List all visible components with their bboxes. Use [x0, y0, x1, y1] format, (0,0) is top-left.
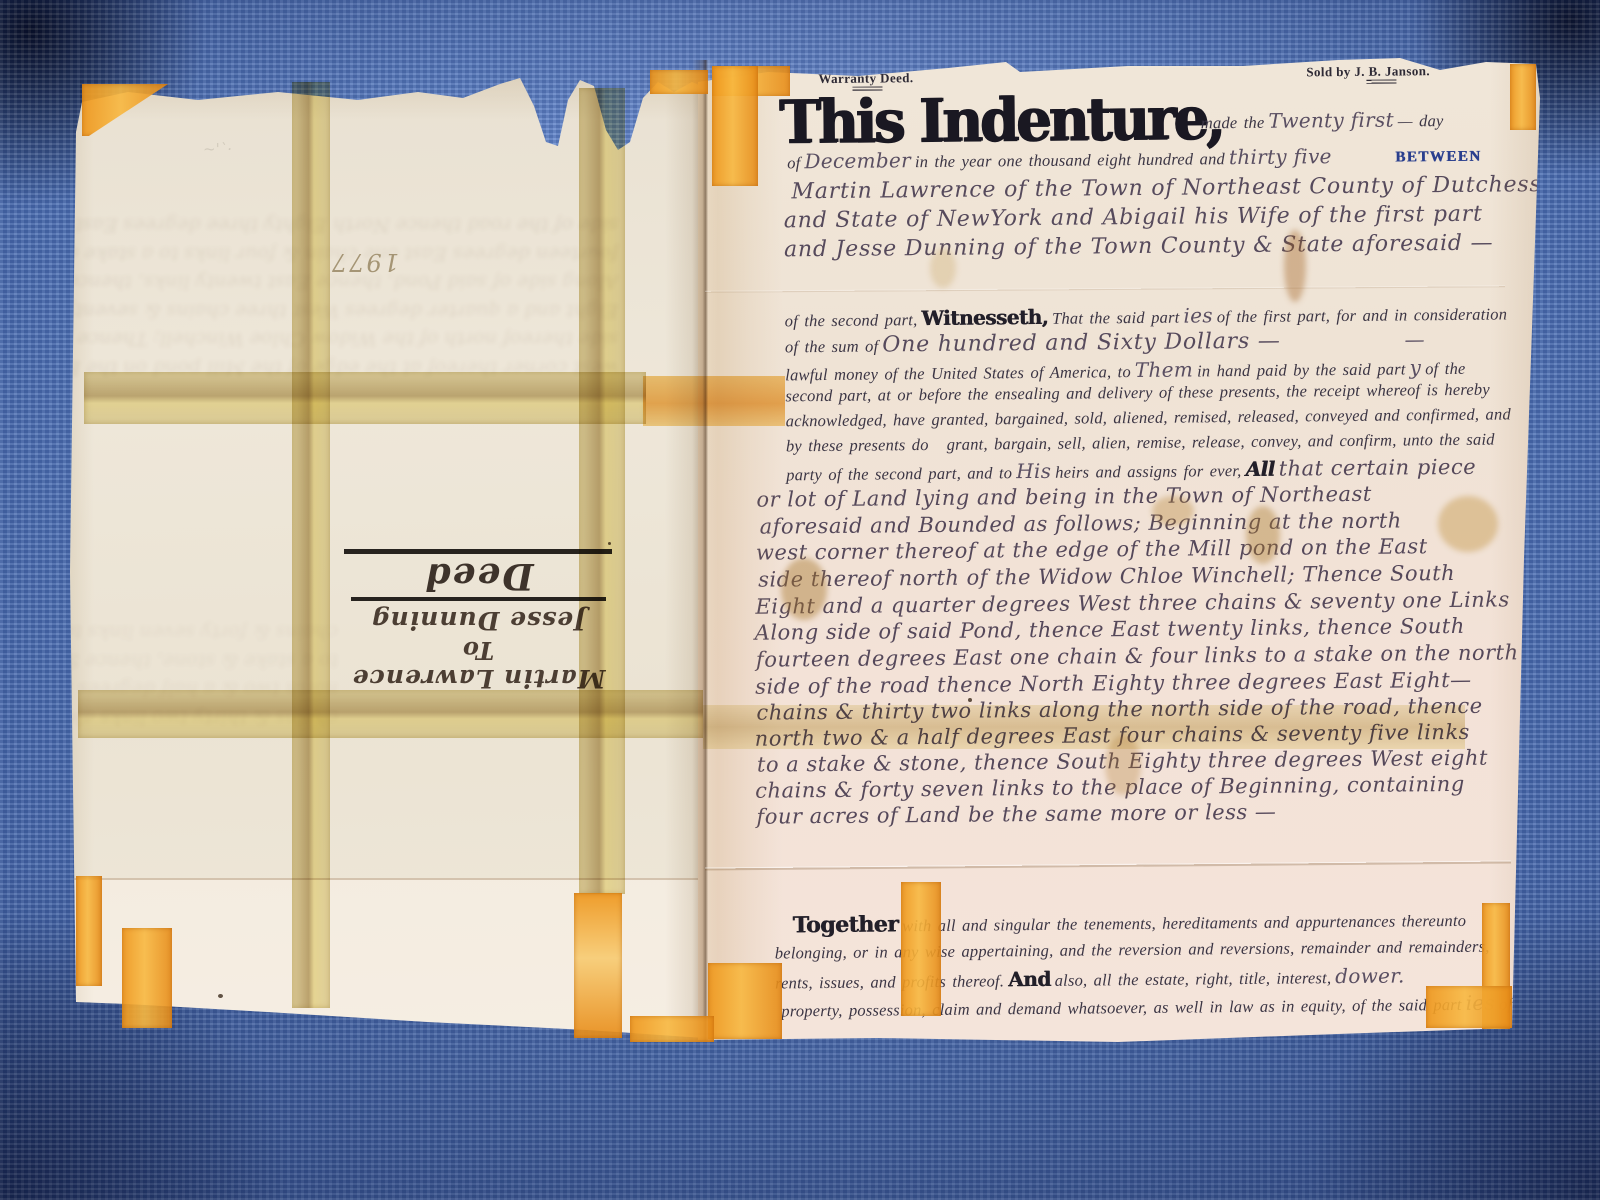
opening-line-1: made the Twenty first — day: [1201, 108, 1444, 133]
indenture-title: This Indenture,: [779, 90, 1223, 150]
photo-background: west corner thereof at the edge of the M…: [0, 0, 1600, 1200]
between-word: BETWEEN: [1395, 148, 1482, 167]
tape-vertical-over-together: [901, 882, 941, 1016]
witnesseth-word: Witnesseth,: [921, 305, 1048, 330]
tape-bottom-right-horizontal: [1426, 986, 1512, 1028]
print-year: in the year one thousand eight hundred a…: [915, 149, 1225, 171]
description-line: Eight and a quarter degrees West three c…: [755, 588, 1509, 618]
hand-month: December: [804, 148, 911, 173]
printer-imprint-label: Sold by J. B. Janson.: [1306, 63, 1430, 79]
docket-to: To: [463, 636, 494, 662]
description-line: four acres of Land be the same more or l…: [756, 801, 1276, 829]
center-fold-crease: [692, 60, 718, 1042]
age-speck: [968, 698, 972, 702]
hand-day: Twenty first: [1268, 108, 1394, 133]
body-line-5: acknowledged, have granted, bargained, s…: [786, 405, 1511, 431]
indenture-title-text: This Indenture,: [779, 89, 1223, 153]
pencil-smudge: ~'`·: [203, 142, 232, 157]
ghost-line: Eight and a quarter degrees West three c…: [138, 297, 618, 326]
docket-grantee: Jesse Dunning: [371, 605, 586, 636]
description-line: aforesaid and Bounded as follows; Beginn…: [760, 509, 1402, 538]
tape-bottom-center-right: [708, 963, 782, 1039]
hand-year: thirty five: [1229, 144, 1332, 169]
description-line: or lot of Land lying and being in the To…: [756, 483, 1372, 512]
brown-stain: [1438, 496, 1498, 552]
tape-bottom-left-edge: [76, 876, 102, 986]
deed-text-block: Warranty Deed. Sold by J. B. Janson. Thi…: [694, 53, 1545, 1047]
body-line-3: lawful money of the United States of Ame…: [785, 356, 1465, 386]
docket-deed-label: Deed: [423, 556, 533, 596]
printer-imprint-rule: [1366, 80, 1396, 84]
opening-line-2: of December in the year one thousand eig…: [787, 145, 1332, 173]
form-name-label: Warranty Deed.: [818, 70, 913, 86]
together-line-1: Together with all and singular the tenem…: [792, 908, 1466, 937]
brown-stain: [930, 248, 956, 288]
together-word: Together: [792, 911, 898, 938]
tape-strip-horizontal-lower-left: [78, 690, 703, 738]
tape-strip-horizontal-lower-right: [703, 705, 1465, 749]
description-line: fourteen degrees East one chain & four l…: [756, 641, 1519, 671]
party-line-3: and Jesse Dunning of the Town County & S…: [784, 232, 1494, 263]
description-line: west corner thereof at the edge of the M…: [756, 535, 1428, 565]
tape-top-center-vertical: [712, 66, 758, 186]
tape-top-center-small: [650, 70, 708, 94]
and-word: And: [1008, 967, 1051, 991]
docket-rule: [345, 549, 613, 554]
body-line-2: of the sum of One hundred and Sixty Doll…: [785, 328, 1425, 358]
body-line-4: second part, at or before the ensealing …: [785, 381, 1490, 407]
tape-corner-top-right: [1510, 64, 1536, 130]
party-line-2: and State of NewYork and Abigail his Wif…: [784, 203, 1483, 234]
description-line: side thereof north of the Widow Chloe Wi…: [758, 562, 1455, 592]
tape-bottom-center-horizontal: [630, 1016, 714, 1042]
archival-number: 1977: [330, 250, 399, 274]
print-made-the: made the: [1201, 113, 1265, 133]
body-line-6: by these presents do grant, bargain, sel…: [786, 431, 1495, 457]
form-name: Warranty Deed.: [818, 69, 913, 88]
ghost-line: side of the road thence North Eighty thr…: [138, 211, 618, 240]
brown-stain: [1152, 496, 1194, 526]
print-dash-day: — day: [1398, 111, 1444, 130]
tape-strip-vertical-fold: [579, 88, 625, 894]
printer-imprint: Sold by J. B. Janson.: [1306, 62, 1430, 81]
ghost-line: side thereof north of the Widow Chloe Wi…: [138, 325, 618, 354]
tape-bottom-left: [122, 928, 172, 1028]
tape-strip-horizontal-upper: [84, 372, 646, 424]
form-name-rule: [852, 86, 882, 90]
tape-bottom-center-left: [574, 893, 622, 1038]
body-line-7: party of the second part, and to His hei…: [786, 456, 1476, 486]
description-line: Along side of said Pond, thence East twe…: [755, 615, 1465, 645]
body-line-1: of the second part, Witnesseth, That the…: [785, 301, 1508, 331]
age-speck: [218, 994, 223, 998]
together-line-2: belonging, or in any wise appertaining, …: [775, 938, 1490, 964]
print-of: of: [787, 153, 800, 172]
docket-rule: [351, 597, 606, 601]
brown-stain: [781, 558, 827, 620]
tape-strip-vertical-left: [292, 82, 330, 1008]
party-line-1: Martin Lawrence of the Town of Northeast…: [791, 173, 1541, 204]
tape-strip-horizontal-upper-orange-end: [643, 376, 785, 426]
description-line: side of the road thence North Eighty thr…: [755, 669, 1472, 699]
deed-right-page: Warranty Deed. Sold by J. B. Janson. Thi…: [698, 58, 1540, 1044]
together-line-3: rents, issues, and profits thereof. And …: [775, 964, 1405, 993]
ink-drip-stain: [1284, 230, 1306, 302]
brown-stain: [1246, 506, 1280, 564]
